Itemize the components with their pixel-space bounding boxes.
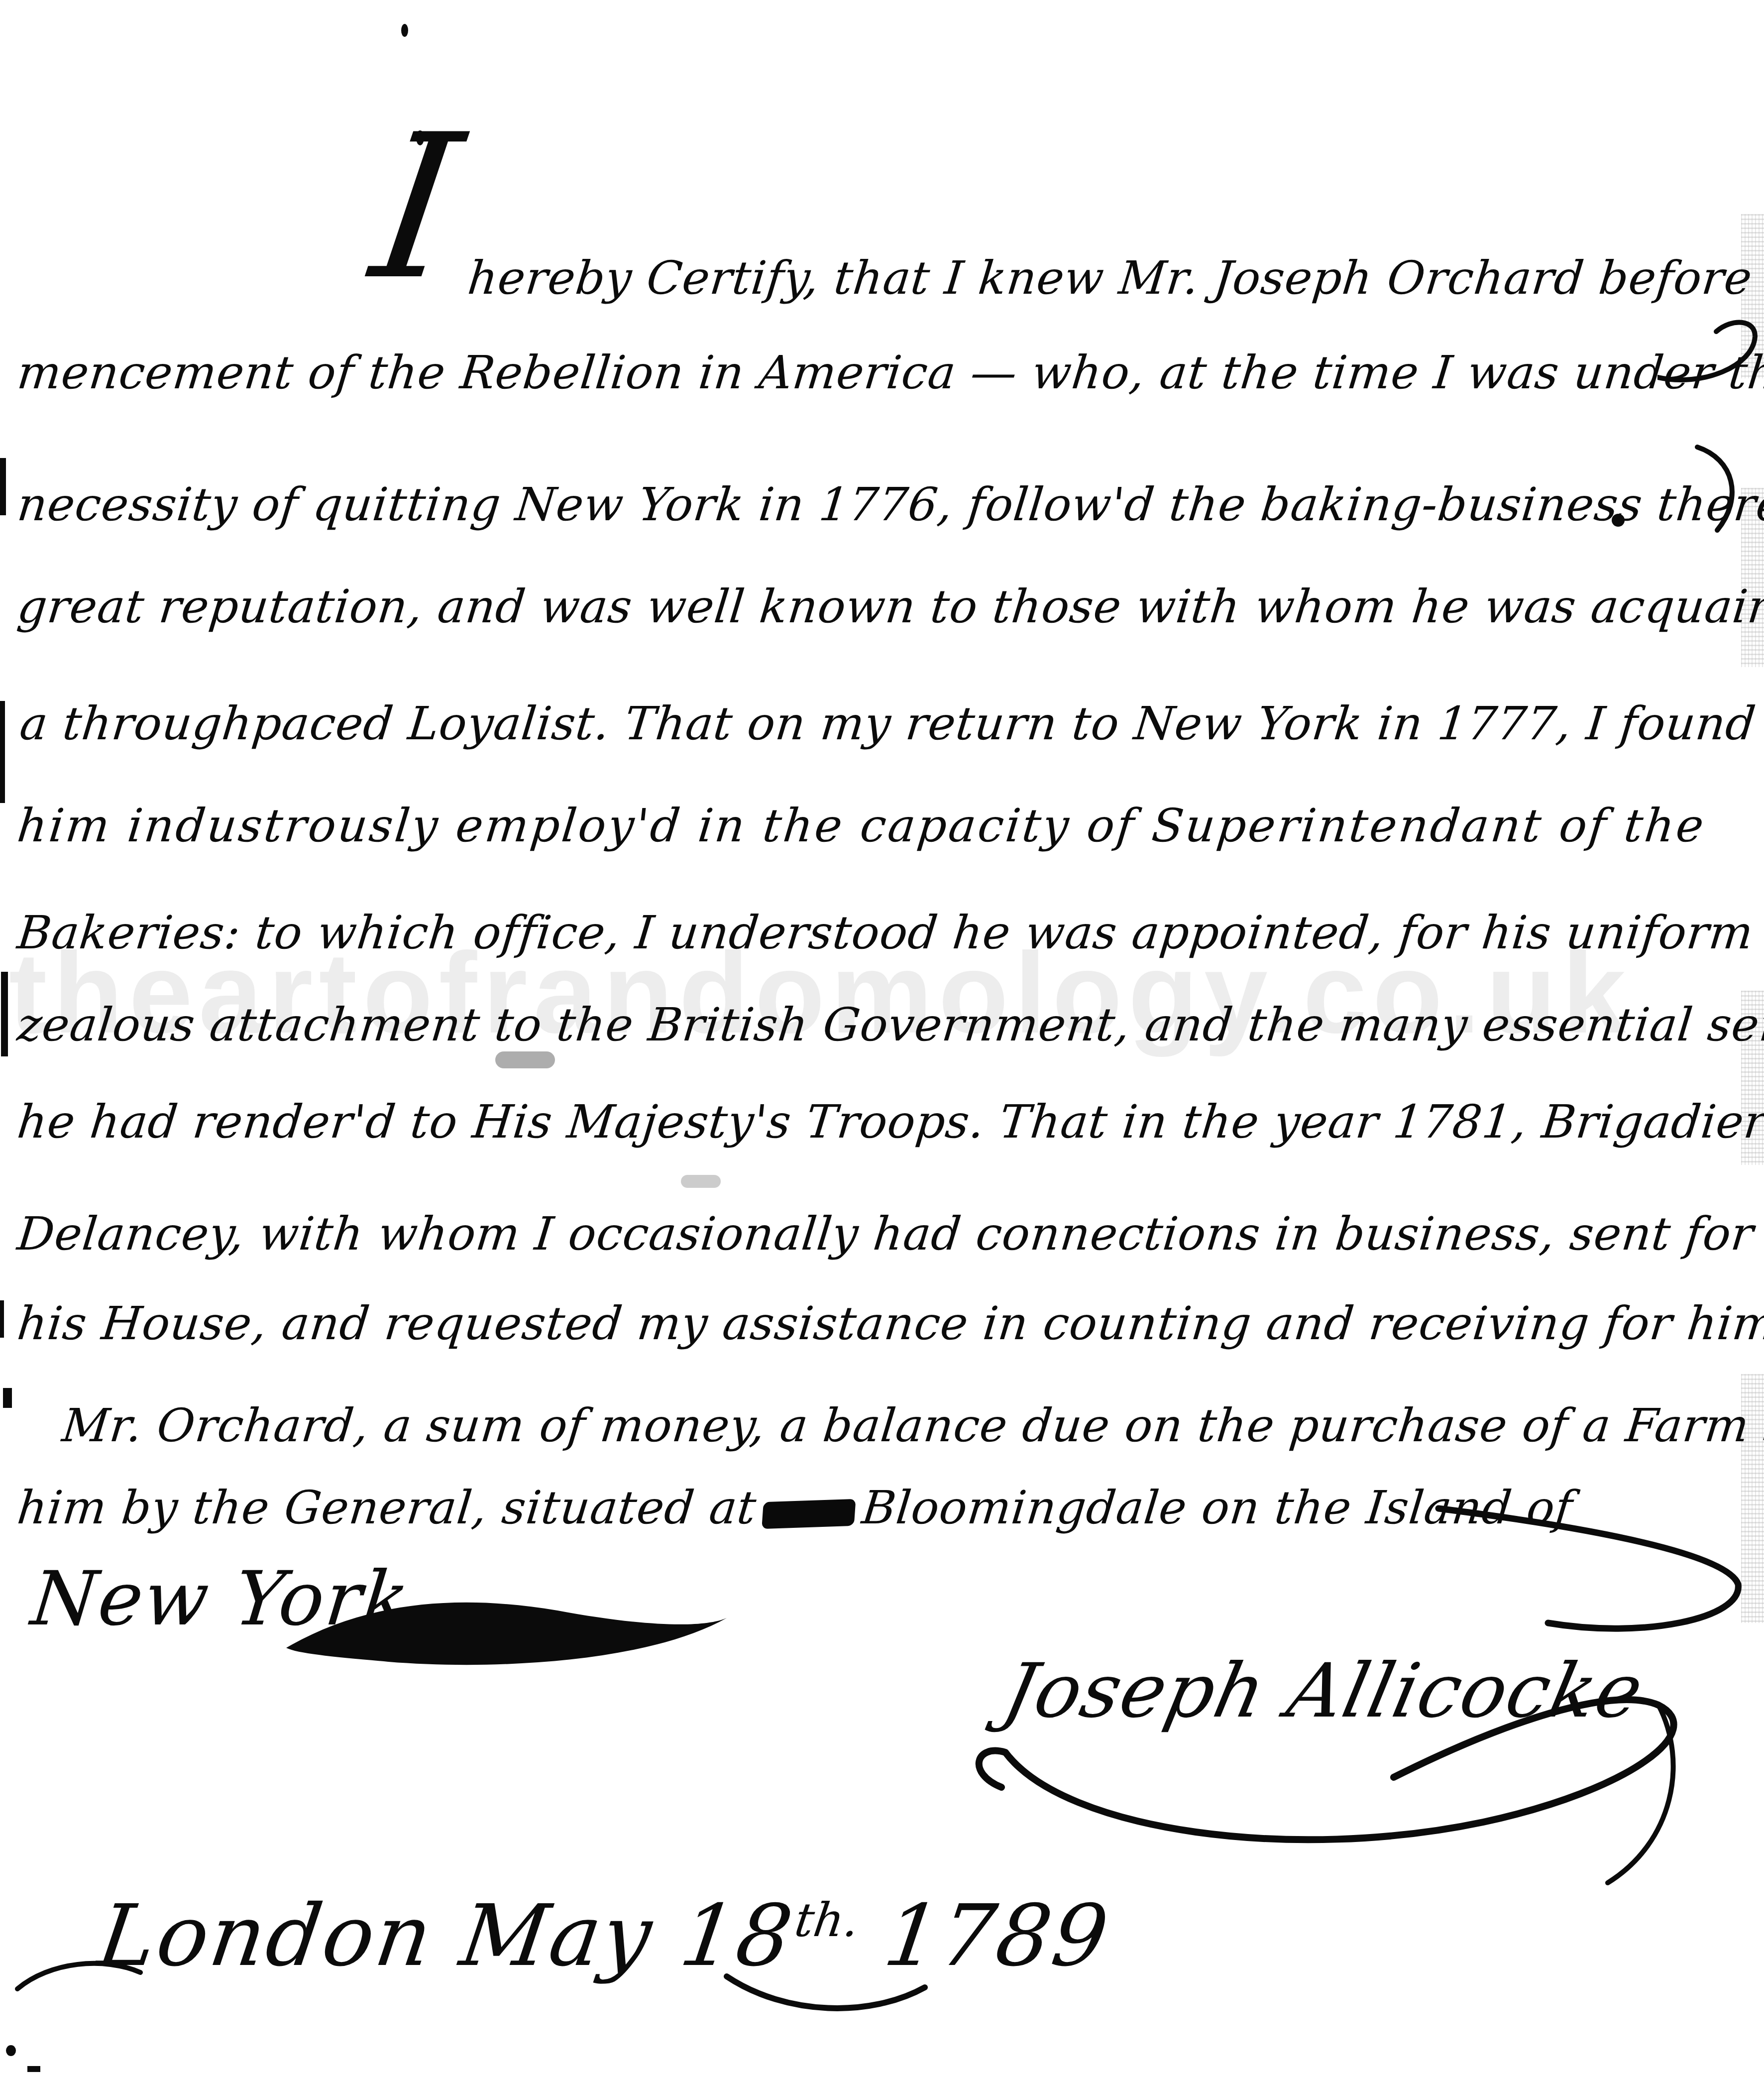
handwritten-line-2: mencement of the Rebellion in America — … (15, 346, 1764, 399)
handwritten-line-7: Bakeries: to which office, I understood … (15, 906, 1764, 959)
dateline-year: 1789 (850, 1887, 1116, 1985)
scan-speck (401, 24, 408, 37)
ink-smudge (495, 1051, 555, 1068)
handwritten-line-3: necessity of quitting New York in 1776, … (15, 478, 1764, 531)
handwritten-line-4: great reputation, and was well known to … (15, 580, 1764, 633)
handwritten-line-10: Delancey, with whom I occasionally had c… (15, 1207, 1764, 1261)
signature: Joseph Allicocke (996, 1648, 1652, 1734)
handwritten-line-8: zealous attachment to the British Govern… (15, 998, 1764, 1051)
scan-edge-mark (27, 2066, 40, 2072)
scan-edge-mark (0, 701, 5, 803)
line-13-before-redaction: him by the General, situated at (15, 1481, 759, 1534)
ink-smudge (681, 1175, 721, 1188)
line-13-after-redaction: Bloomingdale on the Island of (860, 1481, 1575, 1534)
scan-edge-mark (3, 1388, 12, 1408)
dateline: London May 18th. 1789 (93, 1887, 1115, 1985)
handwritten-line-6: him industrously employ'd in the capacit… (15, 799, 1708, 852)
struck-out-word-blot (762, 1499, 856, 1529)
handwritten-line-5: a throughpaced Loyalist. That on my retu… (17, 697, 1759, 750)
scan-edge-mark (1, 972, 8, 1056)
scan-speck (6, 2045, 16, 2056)
scan-edge-mark (0, 1300, 4, 1338)
document-page: theartofrandomology.co.uk I hereby Certi… (0, 0, 1764, 2073)
closing-place-line: New York (27, 1556, 414, 1642)
opening-initial: I (365, 118, 469, 298)
handwritten-line-1: hereby Certify, that I knew Mr. Joseph O… (465, 251, 1764, 305)
scan-edge-mark (0, 458, 6, 515)
handwritten-line-13: him by the General, situated atBloomingd… (15, 1481, 1575, 1534)
handwritten-line-12: Mr. Orchard, a sum of money, a balance d… (60, 1399, 1764, 1452)
dateline-ordinal: th. (791, 1893, 863, 1948)
handwritten-line-9: he had render'd to His Majesty's Troops.… (15, 1095, 1764, 1149)
dateline-place-day: London May 18 (93, 1887, 800, 1985)
handwritten-line-11: his House, and requested my assistance i… (15, 1297, 1764, 1350)
